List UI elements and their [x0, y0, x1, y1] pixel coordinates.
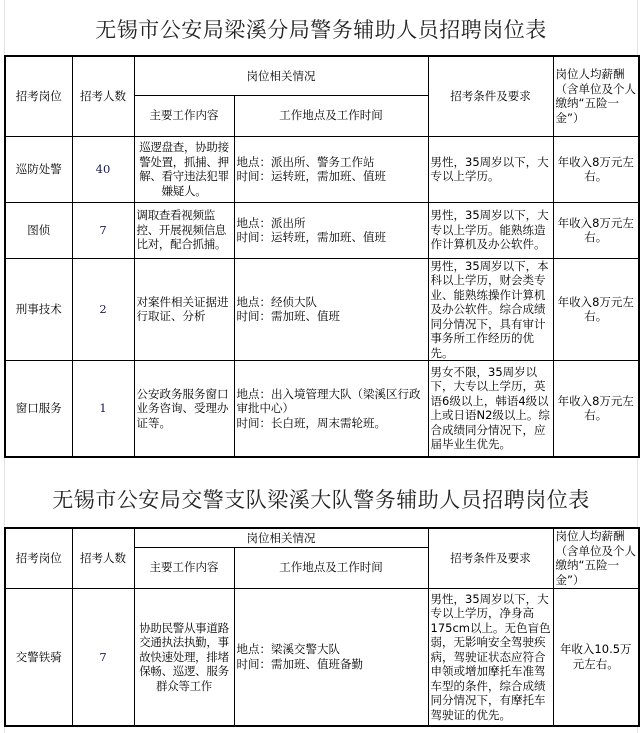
time-text: 时间：运转班，需加班、值班	[237, 169, 426, 184]
header-salary: 岗位人均薪酬（含单位及个人缴纳“五险一金”）	[553, 56, 639, 136]
header-salary: 岗位人均薪酬（含单位及个人缴纳“五险一金”）	[553, 528, 639, 588]
position-cell: 窗口服务	[5, 361, 72, 457]
requirements-cell: 男性，35周岁以下，本科以上学历，财会类专业、能熟练操作计算机及办公软件。综合成…	[428, 258, 553, 361]
location-time-cell: 地点：派出所、警务工作站 时间：运转班，需加班、值班	[234, 136, 428, 202]
location-time-cell: 地点：派出所 时间：运转班，需加班、值班	[234, 202, 428, 258]
duties-cell: 调取查看视频监控、开展视频信息比对，配合抓捕。	[134, 202, 234, 258]
location-time-cell: 地点：梁溪交警大队 时间：需加班、值班备勤	[234, 588, 428, 726]
header-count: 招考人数	[72, 528, 134, 588]
location-text: 地点：派出所、警务工作站	[237, 155, 426, 170]
salary-cell: 年收入8万元左右。	[553, 361, 639, 457]
table-1-title: 无锡市公安局梁溪分局警务辅助人员招聘岗位表	[5, 14, 637, 44]
recruitment-table-traffic-police: 招考岗位 招考人数 岗位相关情况 招考条件及要求 岗位人均薪酬（含单位及个人缴纳…	[4, 527, 640, 727]
duties-cell: 协助民警从事道路交通执法执勤，事故快速处理，排堵保畅、巡逻、服务群众等工作	[134, 588, 234, 726]
table-row: 窗口服务 1 公安政务服务窗口业务咨询、受理办证等。 地点：出入境管理大队（梁溪…	[5, 361, 639, 457]
header-location-time: 工作地点及工作时间	[234, 547, 428, 588]
header-position: 招考岗位	[5, 528, 72, 588]
salary-cell: 年收入8万元左右。	[553, 136, 639, 202]
location-text: 地点：出入境管理大队（梁溪区行政审批中心）	[237, 387, 426, 416]
recruitment-table-liangxi-branch: 招考岗位 招考人数 岗位相关情况 招考条件及要求 岗位人均薪酬（含单位及个人缴纳…	[4, 55, 640, 458]
table-row: 交警铁骑 7 协助民警从事道路交通执法执勤，事故快速处理，排堵保畅、巡逻、服务群…	[5, 588, 639, 726]
position-cell: 交警铁骑	[5, 588, 72, 726]
duties-cell: 对案件相关证据进行取证、分析	[134, 258, 234, 361]
table-row: 巡防处警 40 巡逻盘查，协助接警处置，抓捕、押解、看守违法犯罪嫌疑人。 地点：…	[5, 136, 639, 202]
requirements-cell: 男性，35周岁以下，大专以上学历。	[428, 136, 553, 202]
location-text: 地点：派出所	[237, 216, 426, 231]
requirements-cell: 男性，35周岁以下，大专以上学历。能熟练造作计算机及办公软件。	[428, 202, 553, 258]
header-related: 岗位相关情况	[134, 528, 428, 547]
count-cell: 40	[72, 136, 134, 202]
salary-cell: 年收入8万元左右。	[553, 202, 639, 258]
position-cell: 刑事技术	[5, 258, 72, 361]
location-time-cell: 地点：出入境管理大队（梁溪区行政审批中心） 时间：长白班，周末需轮班。	[234, 361, 428, 457]
table-row: 刑事技术 2 对案件相关证据进行取证、分析 地点：经侦大队 时间：需加班、值班 …	[5, 258, 639, 361]
header-related: 岗位相关情况	[134, 56, 428, 95]
count-cell: 7	[72, 202, 134, 258]
count-cell: 2	[72, 258, 134, 361]
requirements-cell: 男女不限，35周岁以下，大专以上学历，英语6级以上，韩语4级以上或日语N2级以上…	[428, 361, 553, 457]
count-cell: 7	[72, 588, 134, 726]
location-text: 地点：经侦大队	[237, 295, 426, 310]
table-2-title: 无锡市公安局交警支队梁溪大队警务辅助人员招聘岗位表	[5, 484, 637, 514]
salary-cell: 年收入10.5万元左右。	[553, 588, 639, 726]
header-count: 招考人数	[72, 56, 134, 136]
table-row: 图侦 7 调取查看视频监控、开展视频信息比对，配合抓捕。 地点：派出所 时间：运…	[5, 202, 639, 258]
duties-cell: 公安政务服务窗口业务咨询、受理办证等。	[134, 361, 234, 457]
time-text: 时间：需加班、值班备勤	[237, 657, 426, 672]
position-cell: 巡防处警	[5, 136, 72, 202]
count-cell: 1	[72, 361, 134, 457]
header-requirements: 招考条件及要求	[428, 56, 553, 136]
time-text: 时间：长白班，周末需轮班。	[237, 416, 426, 431]
header-location-time: 工作地点及工作时间	[234, 95, 428, 136]
time-text: 时间：需加班、值班	[237, 309, 426, 324]
duties-cell: 巡逻盘查，协助接警处置，抓捕、押解、看守违法犯罪嫌疑人。	[134, 136, 234, 202]
location-text: 地点：梁溪交警大队	[237, 642, 426, 657]
header-requirements: 招考条件及要求	[428, 528, 553, 588]
header-duties: 主要工作内容	[134, 95, 234, 136]
header-position: 招考岗位	[5, 56, 72, 136]
header-duties: 主要工作内容	[134, 547, 234, 588]
requirements-cell: 男性，35周岁以下，大专以上学历，净身高175cm以上。无色盲色弱，无影响安全驾…	[428, 588, 553, 726]
location-time-cell: 地点：经侦大队 时间：需加班、值班	[234, 258, 428, 361]
salary-cell: 年收入8万元左右。	[553, 258, 639, 361]
position-cell: 图侦	[5, 202, 72, 258]
time-text: 时间：运转班，需加班、值班	[237, 230, 426, 245]
